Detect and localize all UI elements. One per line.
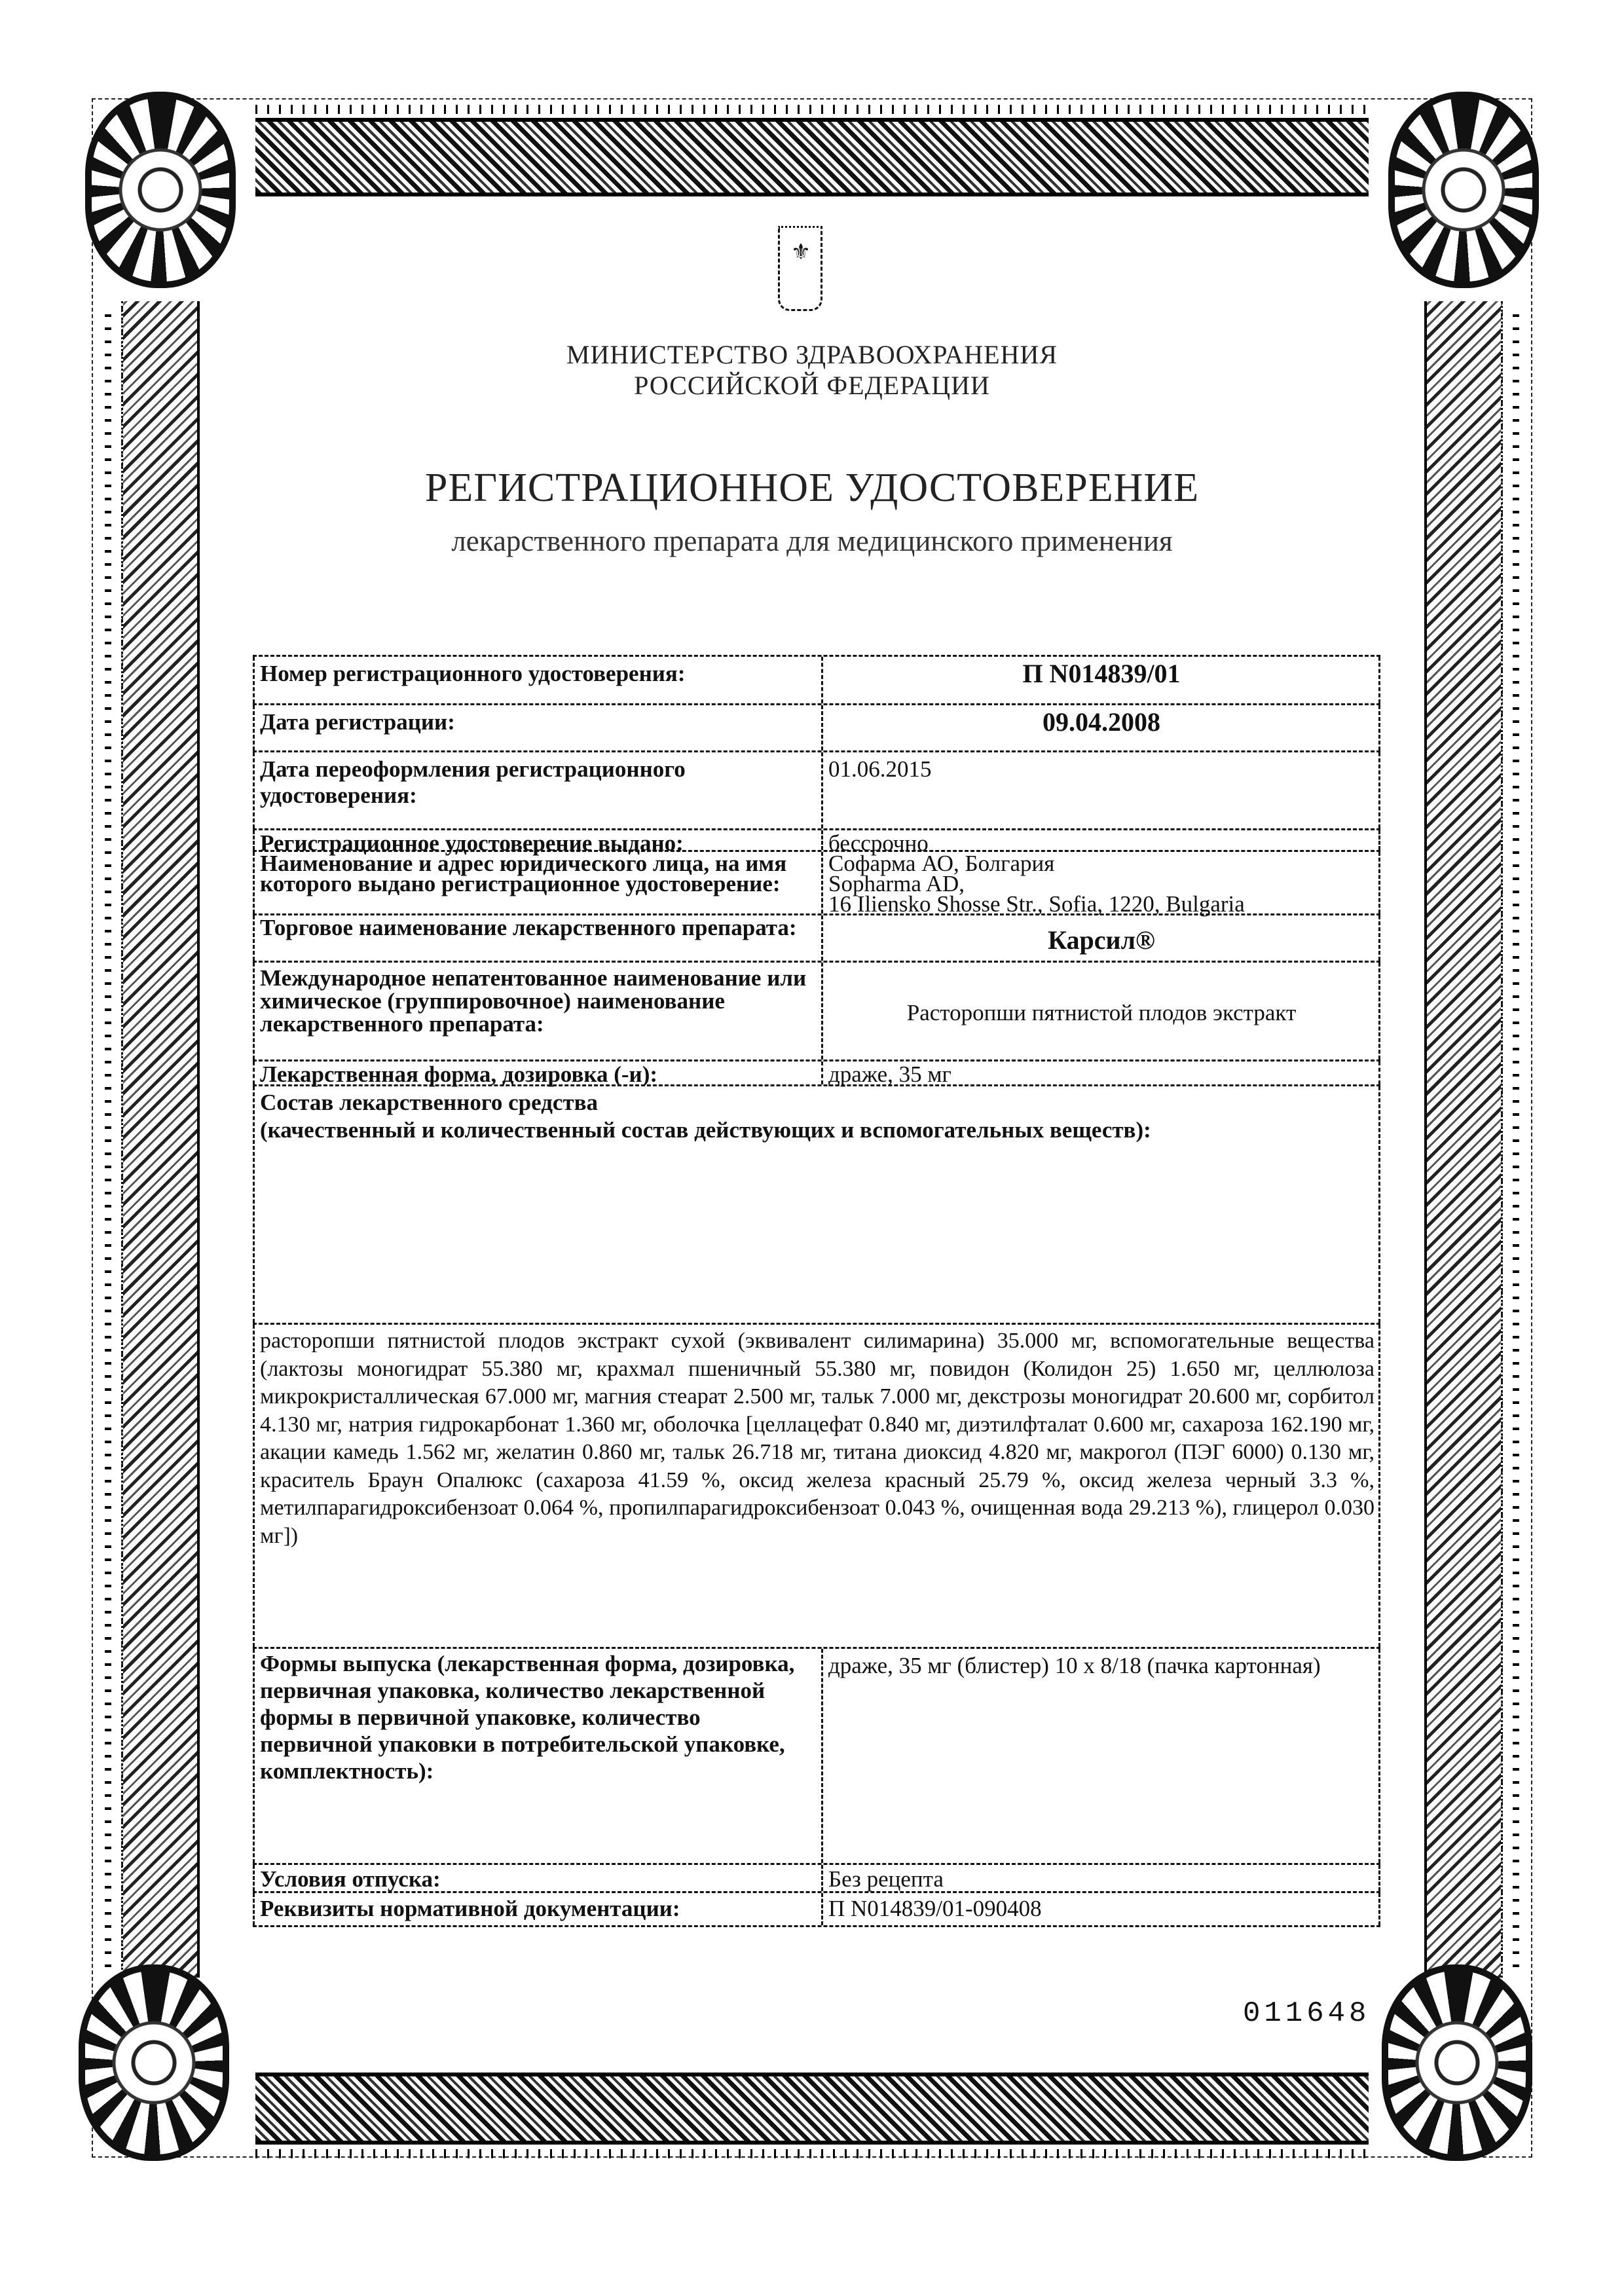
frame-tick-border-left xyxy=(105,314,111,1978)
row-label: Регистрационное удостоверение выдано: xyxy=(253,830,821,850)
rosette-ornament-icon xyxy=(1388,92,1539,288)
legal-entity-value: Софарма АО, Болгария Sopharma AD, 16 Ili… xyxy=(821,852,1380,913)
release-forms-value: драже, 35 мг (блистер) 10 х 8/18 (пачка … xyxy=(821,1649,1380,1863)
table-row-release-forms: Формы выпуска (лекарственная форма, дози… xyxy=(253,1647,1380,1863)
table-row-registration-number: Номер регистрационного удостоверения: П … xyxy=(253,655,1380,703)
table-bottom-border xyxy=(253,1925,1380,1927)
table-row-reissue-date: Дата переоформления регистрационного удо… xyxy=(253,750,1380,828)
normative-docs-value: П N014839/01-090408 xyxy=(821,1893,1380,1925)
row-label: Условия отпуска: xyxy=(253,1865,821,1891)
dispensing-value: Без рецепта xyxy=(821,1865,1380,1891)
document-subtitle: лекарственного препарата для медицинског… xyxy=(0,524,1624,558)
table-row-legal-entity: Наименование и адрес юридического лица, … xyxy=(253,850,1380,913)
table-row-dosage-form: Лекарственная форма, дозировка (-и): дра… xyxy=(253,1060,1380,1084)
table-row-dispensing: Условия отпуска: Без рецепта xyxy=(253,1863,1380,1891)
composition-label-line1: Состав лекарственного средства xyxy=(260,1089,1375,1116)
composition-label-line2: (качественный и количественный состав де… xyxy=(260,1116,1375,1144)
frame-tick-border-top xyxy=(255,105,1369,114)
coat-of-arms-icon: ⚜ xyxy=(778,226,822,311)
reissue-date-value: 01.06.2015 xyxy=(821,752,1380,828)
row-label: Дата регистрации: xyxy=(253,705,821,750)
row-label: Номер регистрационного удостоверения: xyxy=(253,657,821,703)
ministry-name-line2: РОССИЙСКОЙ ФЕДЕРАЦИИ xyxy=(0,370,1624,401)
row-label: Лекарственная форма, дозировка (-и): xyxy=(253,1061,821,1084)
table-row-composition-header: Состав лекарственного средства (качестве… xyxy=(253,1084,1380,1323)
row-label: Торговое наименование лекарственного пре… xyxy=(253,915,821,961)
serial-number: 011648 xyxy=(1243,1997,1370,2030)
table-row-registration-date: Дата регистрации: 09.04.2008 xyxy=(253,703,1380,750)
table-row-trade-name: Торговое наименование лекарственного пре… xyxy=(253,913,1380,961)
ornament-band-top xyxy=(255,118,1369,196)
frame-tick-border-right xyxy=(1513,314,1519,1978)
validity-value: бессрочно xyxy=(821,830,1380,850)
legal-entity-address: 16 Iliensko Shosse Str., Sofia, 1220, Bu… xyxy=(828,894,1375,914)
rosette-ornament-icon xyxy=(85,92,236,288)
row-label: Наименование и адрес юридического лица, … xyxy=(253,852,821,913)
row-label: Реквизиты нормативной документации: xyxy=(253,1893,821,1925)
dosage-form-value: драже, 35 мг xyxy=(821,1061,1380,1084)
rosette-ornament-icon xyxy=(1382,1964,1532,2161)
row-label: Дата переоформления регистрационного удо… xyxy=(253,752,821,828)
registration-number-value: П N014839/01 xyxy=(821,657,1380,703)
inn-value: Расторопши пятнистой плодов экстракт xyxy=(821,963,1380,1060)
row-label: Формы выпуска (лекарственная форма, дози… xyxy=(253,1649,821,1863)
frame-tick-border-bottom xyxy=(255,2149,1369,2158)
table-row-inn: Международное непатентованное наименован… xyxy=(253,961,1380,1060)
table-row-composition-body: расторопши пятнистой плодов экстракт сух… xyxy=(253,1323,1380,1647)
registration-date-value: 09.04.2008 xyxy=(821,705,1380,750)
rosette-ornament-icon xyxy=(79,1964,229,2161)
table-row-validity: Регистрационное удостоверение выдано: бе… xyxy=(253,828,1380,850)
table-row-normative-docs: Реквизиты нормативной документации: П N0… xyxy=(253,1891,1380,1925)
trade-name-value: Карсил® xyxy=(821,915,1380,961)
ornament-band-bottom xyxy=(255,2073,1369,2145)
row-label: Международное непатентованное наименован… xyxy=(253,963,821,1060)
document-title: РЕГИСТРАЦИОННОЕ УДОСТОВЕРЕНИЕ xyxy=(0,465,1624,511)
composition-text: расторопши пятнистой плодов экстракт сух… xyxy=(253,1325,1380,1647)
composition-label: Состав лекарственного средства (качестве… xyxy=(253,1086,1380,1323)
emblem-glyph: ⚜ xyxy=(789,241,813,293)
ministry-name-line1: МИНИСТЕРСТВО ЗДРАВООХРАНЕНИЯ xyxy=(0,339,1624,370)
